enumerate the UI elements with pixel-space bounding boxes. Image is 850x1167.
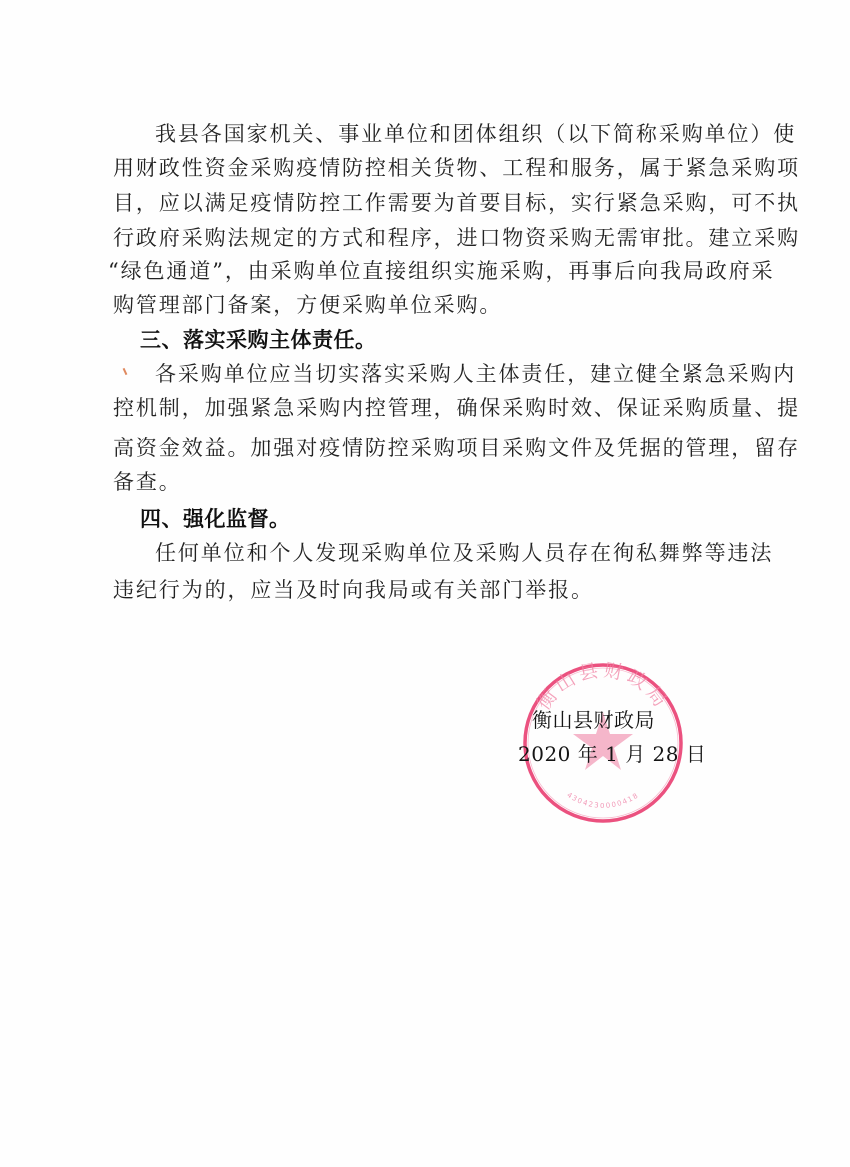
paragraph-line: 高资金效益。加强对疫情防控采购项目采购文件及凭据的管理，留存 <box>113 431 773 465</box>
paragraph-line: 违纪行为的，应当及时向我局或有关部门举报。 <box>113 573 773 607</box>
paragraph-line: 任何单位和个人发现采购单位及采购人员存在徇私舞弊等违法 <box>155 536 815 570</box>
paragraph-line: 控机制，加强紧急采购内控管理，确保采购时效、保证采购质量、提 <box>113 391 773 425</box>
paragraph-line: 目，应以满足疫情防控工作需要为首要目标，实行紧急采购，可不执 <box>113 186 773 220</box>
scan-mark <box>123 368 128 375</box>
svg-text:4304230000418: 4304230000418 <box>565 791 640 810</box>
issue-date: 2020 年 1 月 28 日 <box>518 738 706 767</box>
paragraph-line: 用财政性资金采购疫情防控相关货物、工程和服务，属于紧急采购项 <box>113 151 773 185</box>
paragraph-line: “绿色通道”，由采购单位直接组织实施采购，再事后向我局政府采 <box>108 254 768 288</box>
issuing-organization: 衡山县财政局 <box>532 704 655 733</box>
paragraph-line: 各采购单位应当切实落实采购人主体责任，建立健全紧急采购内 <box>155 357 815 391</box>
paragraph-line: 备查。 <box>113 465 773 499</box>
paragraph-line: 我县各国家机关、事业单位和团体组织（以下简称采购单位）使 <box>155 117 815 151</box>
section-heading: 三、落实采购主体责任。 <box>140 323 377 357</box>
paragraph-line: 行政府采购法规定的方式和程序，进口物资采购无需审批。建立采购 <box>113 221 773 255</box>
section-heading: 四、强化监督。 <box>140 502 291 536</box>
paragraph-line: 购管理部门备案，方便采购单位采购。 <box>113 288 773 322</box>
document-page: 我县各国家机关、事业单位和团体组织（以下简称采购单位）使 用财政性资金采购疫情防… <box>0 0 850 1167</box>
